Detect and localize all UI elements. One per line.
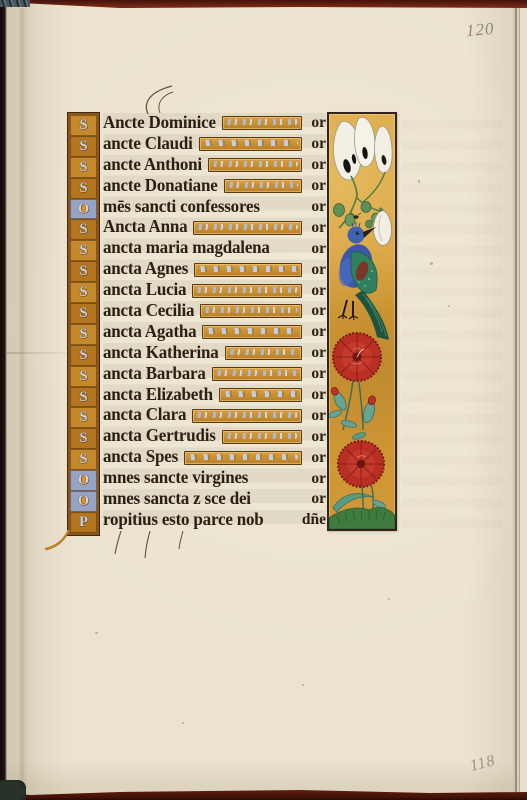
response-label: or [306,177,326,195]
initial-cell: S [70,282,97,303]
marbled-corner-top [0,0,30,7]
line-filler-ornament [199,137,302,151]
line-filler-ornament [212,367,302,381]
initial-cell: S [70,303,97,324]
line-text: ancte Anthoni [103,154,202,176]
litany-line: Ancte Dominiceor [103,113,326,134]
parchment-speck [418,180,420,183]
initial-cell: S [70,157,97,178]
response-label: or [306,282,326,300]
response-label: or [306,198,326,216]
response-label: or [306,135,326,153]
response-label: dñe [302,511,326,529]
line-text: ancta Katherina [103,342,219,364]
book-edge-bottom [0,788,527,800]
response-label: or [306,240,326,258]
parchment-speck [182,722,184,724]
response-label: or [306,114,326,132]
response-label: or [306,323,326,341]
parchment-speck [388,598,390,600]
line-filler-ornament [192,284,302,298]
page-fore-edge [512,6,527,792]
book-spine-edge [0,0,7,800]
line-filler-ornament [222,116,302,130]
litany-line: ancta Gertrudisor [103,426,326,447]
litany-text-block: Ancte Dominiceorancte Claudiorancte Anth… [103,113,326,531]
litany-line: Ancta Annaor [103,217,326,238]
line-text: mnes sancta z sce dei [103,489,251,511]
line-text: mnes sancte virgines [103,468,248,490]
litany-line: ancte Donatianeor [103,176,326,197]
line-filler-ornament [219,388,302,402]
parchment-speck [95,632,98,634]
parchment-speck [430,262,433,265]
line-text: ancta Gertrudis [103,426,216,448]
line-text: Ancte Dominice [103,113,216,135]
line-text: ancte Donatiane [103,175,218,197]
initial-cell: S [70,387,97,408]
litany-line: ancta Spesor [103,447,326,468]
litany-line: ropitius esto parce nobdñe [103,510,326,531]
manuscript-page: 120 118 SSSSOSSSSSSSSSSSSOOP Ancte Domin… [0,0,527,800]
line-text: Ancta Anna [103,217,187,239]
litany-line: ancta Luciaor [103,280,326,301]
initial-cell: S [70,407,97,428]
line-text: mēs sancti confessores [103,196,260,218]
litany-line: mnes sancte virginesor [103,468,326,489]
line-filler-ornament [222,430,302,444]
line-text: ancte Claudi [103,133,193,155]
response-label: or [306,386,326,404]
descender-strokes [115,531,183,558]
litany-line: ancte Anthonior [103,155,326,176]
marbled-corner-bottom [0,780,26,800]
line-text: ancta Agatha [103,321,196,343]
litany-line: ancta Elizabethor [103,385,326,406]
response-label: or [306,156,326,174]
carnation-buds-illustration [329,380,378,441]
litany-line: ancta Barbaraor [103,364,326,385]
ground-illustration [329,508,395,529]
parchment-speck [448,305,450,307]
line-text: ancta Barbara [103,363,206,385]
litany-line: ancta Katherinaor [103,343,326,364]
line-filler-ornament [208,158,302,172]
line-text: ancta Elizabeth [103,384,213,406]
response-label: or [306,407,326,425]
litany-line: mēs sancti confessoresor [103,197,326,218]
initial-cell: S [70,345,97,366]
line-filler-ornament [202,325,302,339]
initial-column: SSSSOSSSSSSSSSSSSOOP [68,113,99,535]
response-label: or [306,449,326,467]
initial-cell: S [70,240,97,261]
response-label: or [306,302,326,320]
litany-line: ancte Claudior [103,134,326,155]
carnation-lower-illustration [338,441,384,487]
response-label: or [306,219,326,237]
litany-line: ancta Agathaor [103,322,326,343]
litany-line: ancta Ceciliaor [103,301,326,322]
initial-p-tail [45,530,69,550]
initial-cell: O [70,491,97,512]
line-filler-ornament [192,409,302,423]
litany-line: ancta Agnesor [103,259,326,280]
line-text: ancta Lucia [103,280,186,302]
line-filler-ornament [193,221,302,235]
initial-cell: P [70,512,97,533]
initial-cell: S [70,115,97,136]
line-text: ancta Spes [103,447,178,469]
response-label: or [306,365,326,383]
initial-cell: S [70,136,97,157]
gutter-crease [18,8,28,788]
fold-line [7,352,67,354]
initial-cell: S [70,261,97,282]
line-text: ancta Clara [103,405,186,427]
line-filler-ornament [224,179,302,193]
response-label: or [306,490,326,508]
carnation-upper-illustration [333,333,381,381]
response-label: or [306,261,326,279]
initial-cell: S [70,428,97,449]
book-edge-top [0,0,527,10]
line-text: ancta Cecilia [103,301,194,323]
border-illustration [329,114,395,529]
initial-cell: O [70,470,97,491]
line-filler-ornament [184,451,302,465]
folio-number-bottom: 118 [468,752,497,776]
initial-cell: S [70,219,97,240]
folio-number-top: 120 [465,19,495,41]
initial-cell: S [70,449,97,470]
initial-cell: S [70,324,97,345]
line-filler-ornament [200,304,302,318]
litany-line: mnes sancta z sce deior [103,489,326,510]
response-label: or [306,344,326,362]
initial-cell: O [70,199,97,220]
litany-line: ancta Claraor [103,405,326,426]
line-text: ancta Agnes [103,259,188,281]
initial-cell: S [70,178,97,199]
response-label: or [306,428,326,446]
initial-cell: S [70,366,97,387]
line-filler-ornament [194,263,302,277]
top-flourish [146,86,173,114]
line-filler-ornament [225,346,302,360]
line-text: ancta maria magdalena [103,238,270,260]
illuminated-border [327,112,397,531]
line-text: ropitius esto parce nob [103,510,264,532]
litany-line: ancta maria magdalenaor [103,238,326,259]
parchment-speck [302,684,304,686]
text-showthrough [402,120,502,540]
response-label: or [306,470,326,488]
